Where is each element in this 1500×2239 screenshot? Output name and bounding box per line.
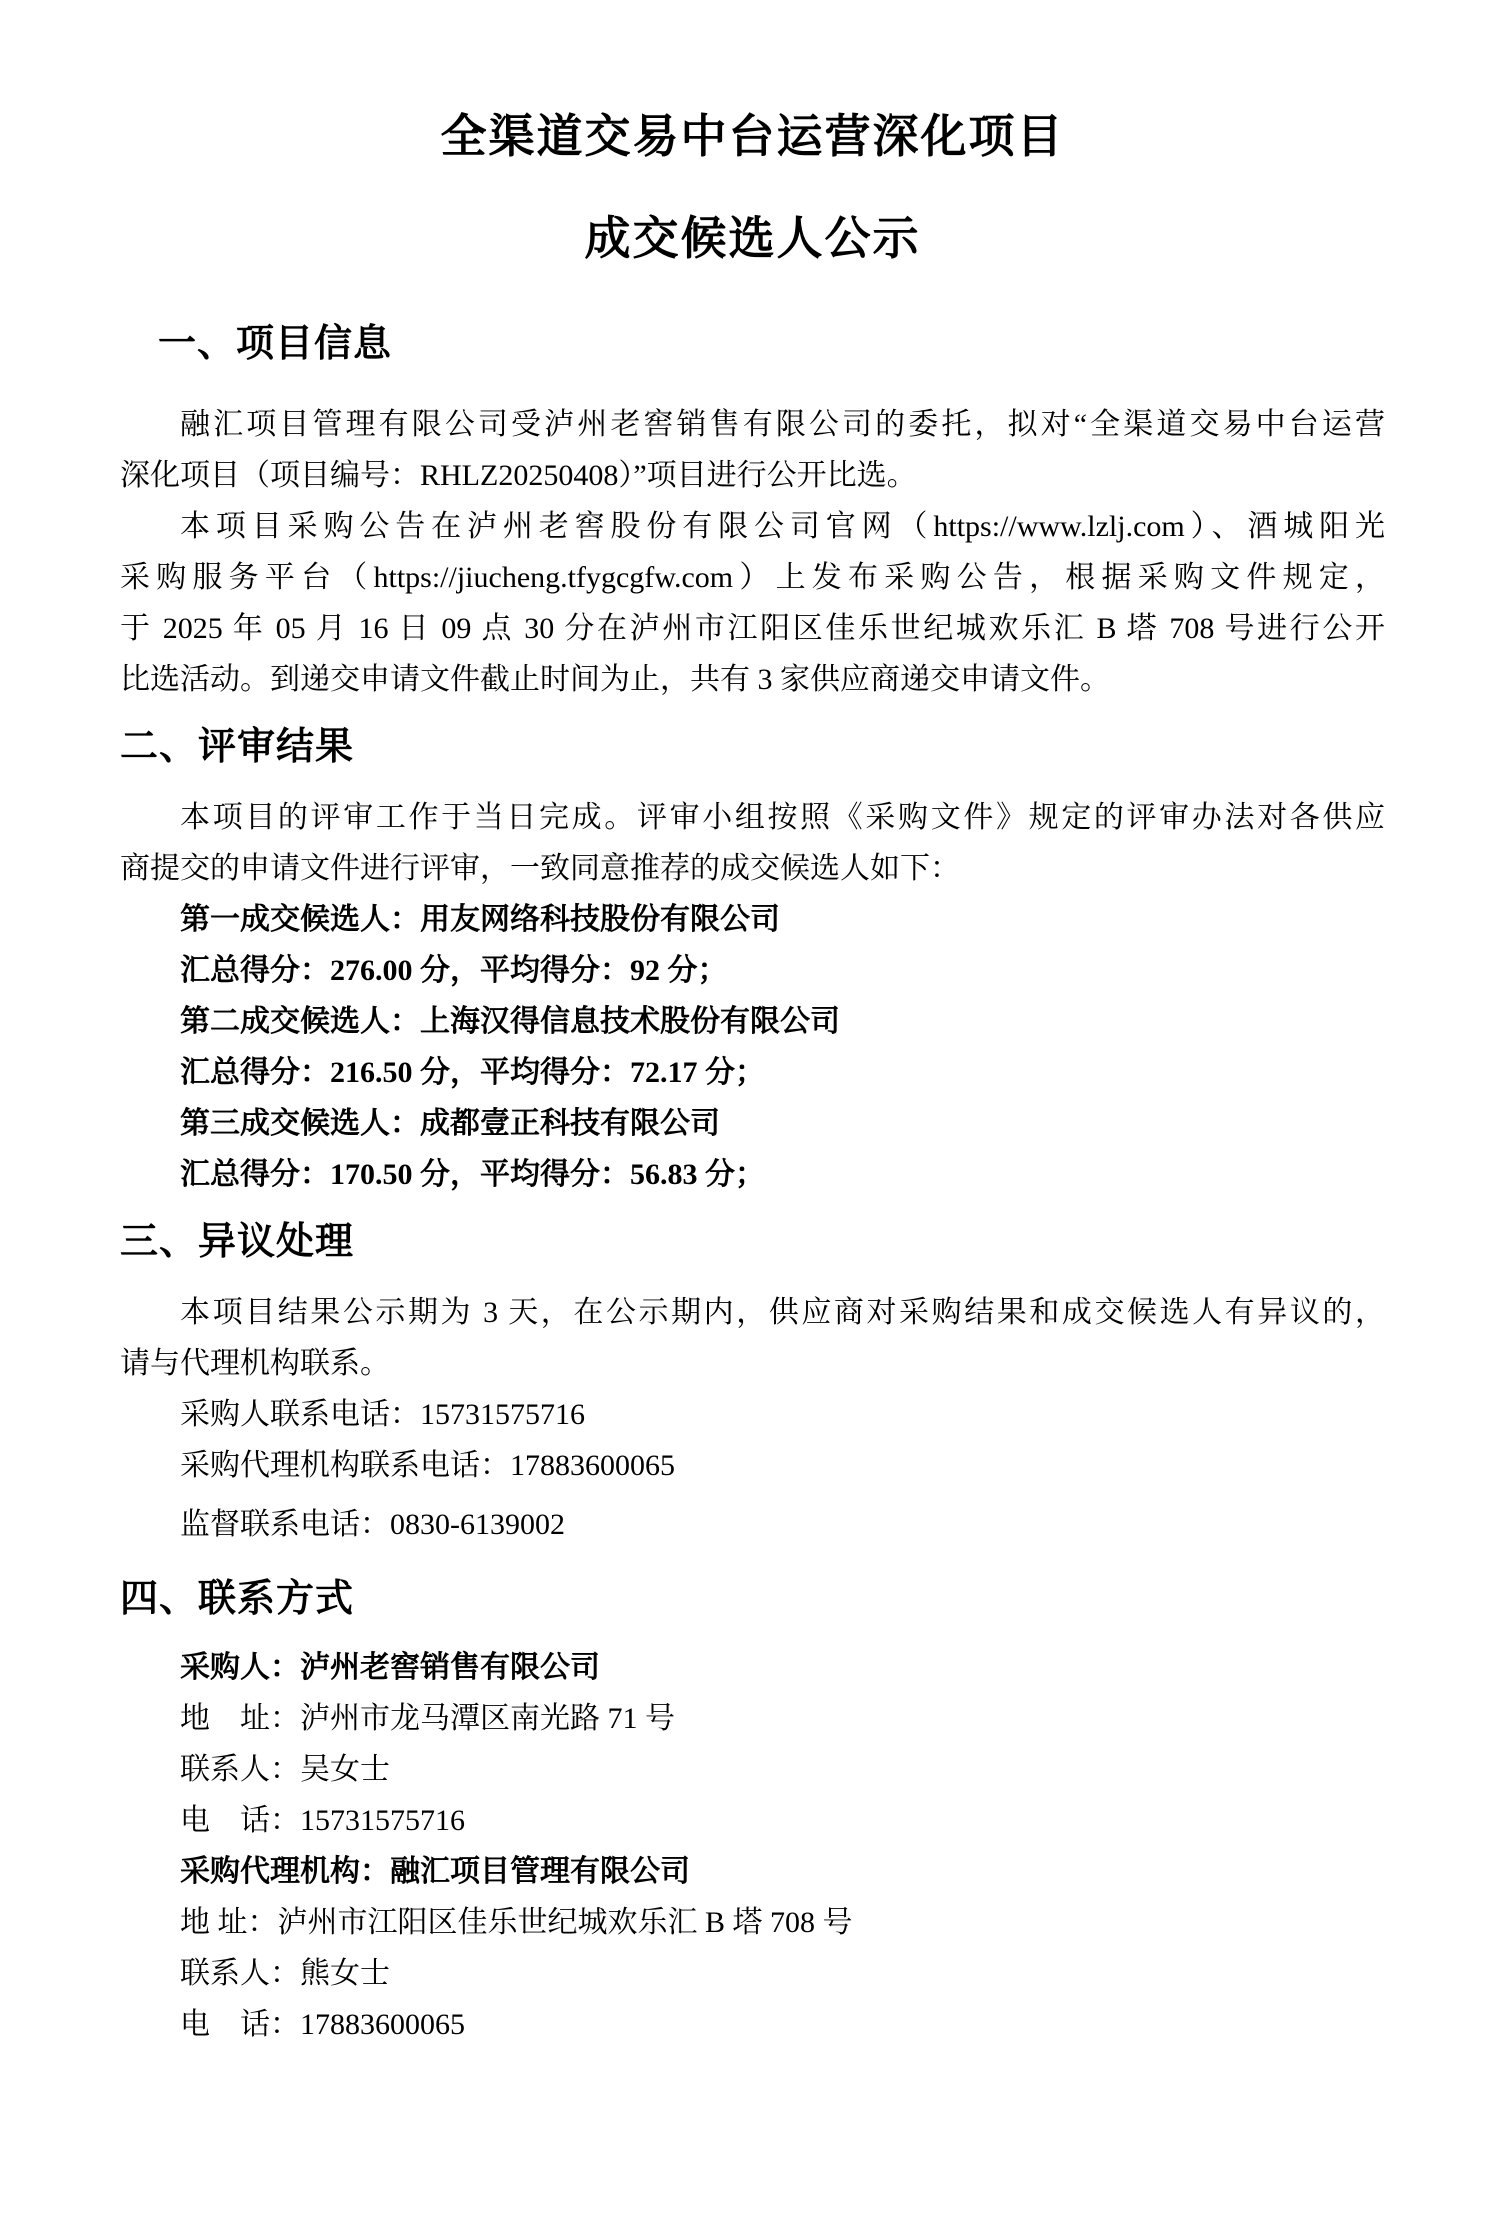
para-line: 商提交的申请文件进行评审，一致同意推荐的成交候选人如下： [120, 843, 1385, 894]
para-line: 比选活动。到递交申请文件截止时间为止，共有 3 家供应商递交申请文件。 [120, 654, 1385, 705]
candidate-2-score: 汇总得分：216.50 分，平均得分：72.17 分； [120, 1047, 1385, 1098]
purchaser-address: 地 址：泸州市龙马潭区南光路 71 号 [120, 1693, 1385, 1744]
para-line: 本项目采购公告在泸州老窖股份有限公司官网（https://www.lzlj.co… [120, 501, 1385, 552]
para-line: 采购服务平台（https://jiucheng.tfygcgfw.com）上发布… [120, 552, 1385, 603]
purchaser-telephone: 电 话：15731575716 [120, 1795, 1385, 1846]
agency-phone-line: 采购代理机构联系电话：17883600065 [120, 1440, 1385, 1491]
agency-address: 地 址：泸州市江阳区佳乐世纪城欢乐汇 B 塔 708 号 [120, 1897, 1385, 1948]
section1-heading: 一、项目信息 [120, 320, 1385, 368]
purchaser-name: 采购人：泸州老窖销售有限公司 [120, 1642, 1385, 1693]
document-page: 全渠道交易中台运营深化项目 成交候选人公示 一、项目信息 融汇项目管理有限公司受… [0, 0, 1500, 2239]
purchaser-contact: 联系人：吴女士 [120, 1744, 1385, 1795]
supervision-phone-line: 监督联系电话：0830-6139002 [120, 1499, 1385, 1550]
candidate-3-score: 汇总得分：170.50 分，平均得分：56.83 分； [120, 1149, 1385, 1200]
agency-contact: 联系人：熊女士 [120, 1948, 1385, 1999]
section4-heading: 四、联系方式 [120, 1575, 1385, 1623]
para-line: 于 2025 年 05 月 16 日 09 点 30 分在泸州市江阳区佳乐世纪城… [120, 603, 1385, 654]
para-line: 本项目结果公示期为 3 天，在公示期内，供应商对采购结果和成交候选人有异议的， [120, 1287, 1385, 1338]
doc-title-line2: 成交候选人公示 [120, 214, 1385, 264]
para-line: 融汇项目管理有限公司受泸州老窖销售有限公司的委托，拟对“全渠道交易中台运营 [120, 399, 1385, 450]
section3-heading: 三、异议处理 [120, 1218, 1385, 1266]
candidate-2-name: 第二成交候选人：上海汉得信息技术股份有限公司 [120, 996, 1385, 1047]
para-line: 请与代理机构联系。 [120, 1338, 1385, 1389]
purchaser-phone-line: 采购人联系电话：15731575716 [120, 1389, 1385, 1440]
candidate-1-name: 第一成交候选人：用友网络科技股份有限公司 [120, 894, 1385, 945]
para-line: 本项目的评审工作于当日完成。评审小组按照《采购文件》规定的评审办法对各供应 [120, 792, 1385, 843]
section2-heading: 二、评审结果 [120, 723, 1385, 771]
agency-name: 采购代理机构：融汇项目管理有限公司 [120, 1846, 1385, 1897]
candidate-1-score: 汇总得分：276.00 分，平均得分：92 分； [120, 945, 1385, 996]
candidate-3-name: 第三成交候选人：成都壹正科技有限公司 [120, 1098, 1385, 1149]
para-line: 深化项目（项目编号：RHLZ20250408）”项目进行公开比选。 [120, 450, 1385, 501]
doc-title-line1: 全渠道交易中台运营深化项目 [120, 112, 1385, 162]
agency-telephone: 电 话：17883600065 [120, 1999, 1385, 2050]
